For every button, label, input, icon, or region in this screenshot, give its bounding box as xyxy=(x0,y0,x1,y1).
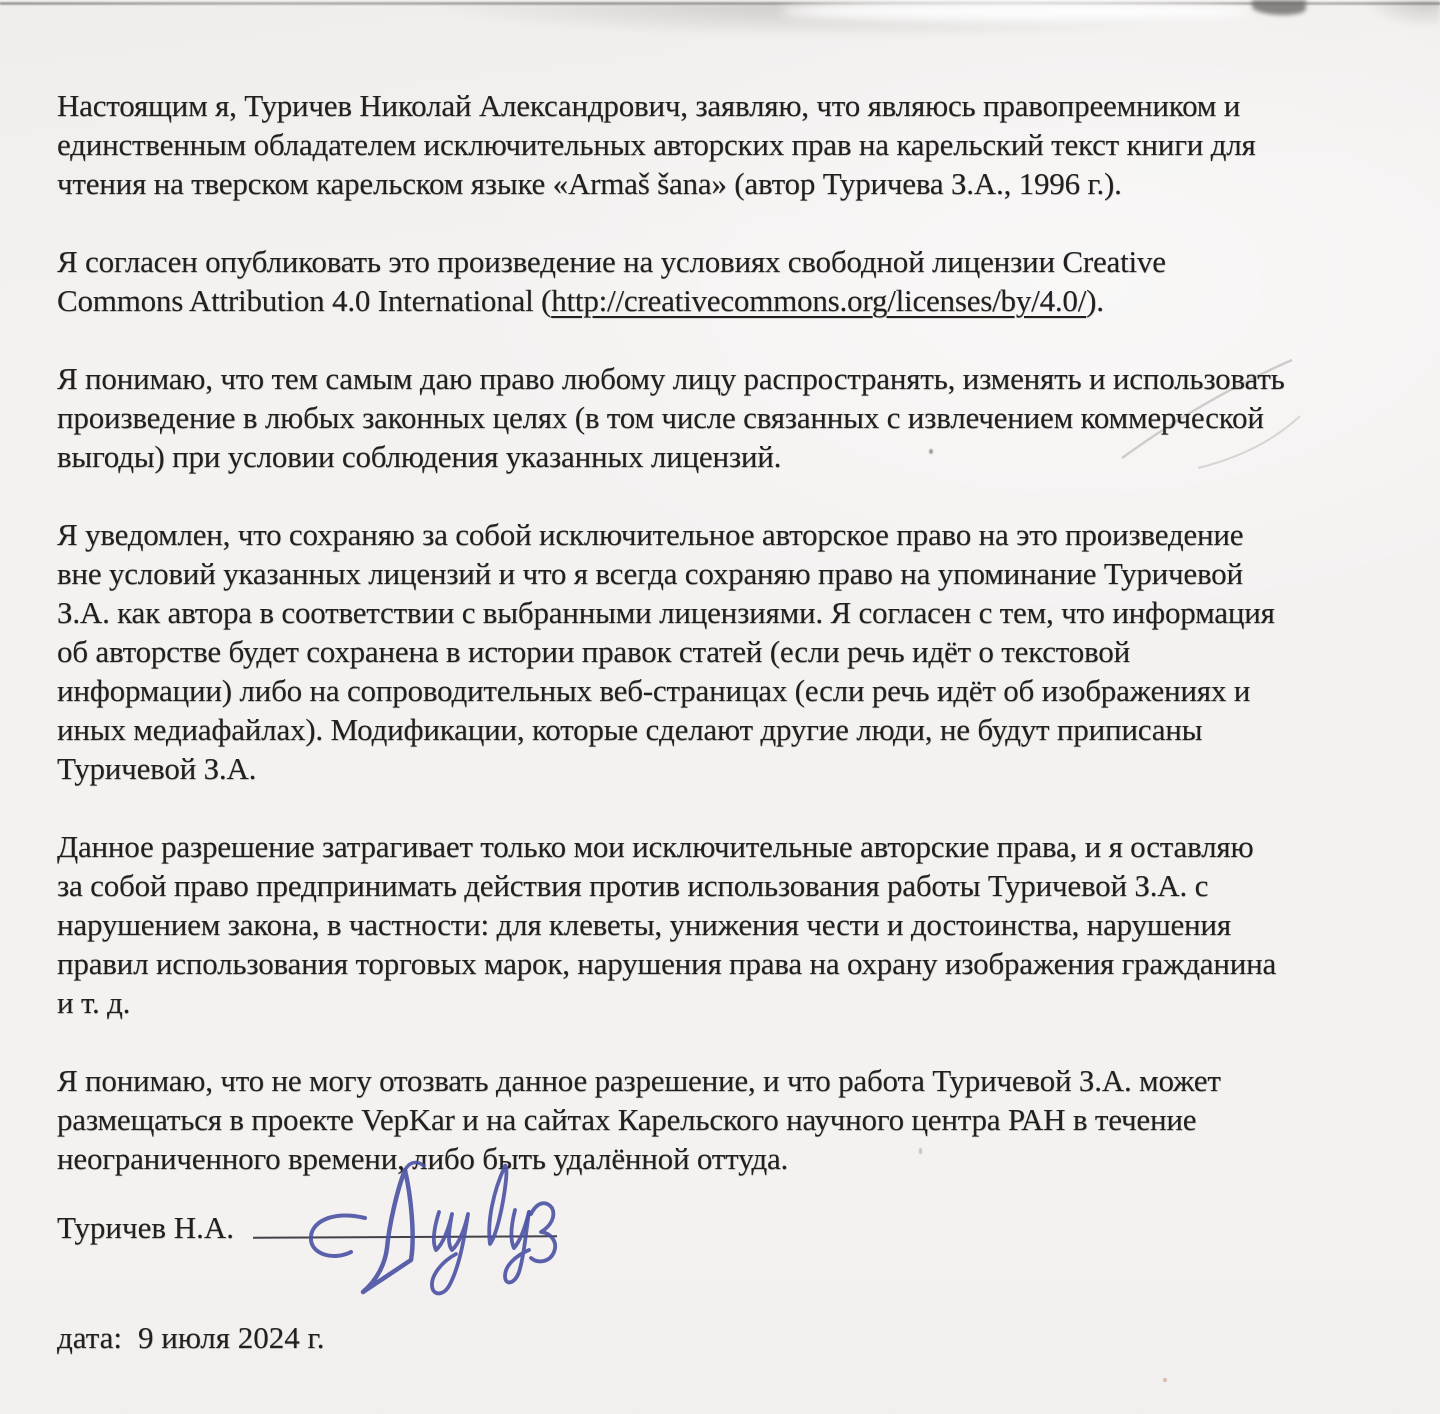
scan-smudge-right xyxy=(1368,0,1440,26)
scan-corner-mark xyxy=(1252,0,1306,15)
license-text-suffix: ). xyxy=(1086,283,1104,318)
signatory-name: Туричев Н.А. xyxy=(57,1208,234,1247)
para-usage-rights: Я понимаю, что тем самым даю право любом… xyxy=(57,359,1429,476)
para-successor-declaration: Настоящим я, Туричев Николай Александров… xyxy=(57,86,1429,203)
date-value: 9 июля 2024 г. xyxy=(138,1320,324,1355)
para-irrevocability: Я понимаю, что не могу отозвать данное р… xyxy=(57,1061,1429,1178)
date-row: дата:9 июля 2024 г. xyxy=(57,1318,324,1357)
document-body: Настоящим я, Туричев Николай Александров… xyxy=(57,86,1429,1217)
paper-speck xyxy=(1163,1378,1167,1382)
para-scope-limitation: Данное разрешение затрагивает только мои… xyxy=(57,827,1429,1022)
signature-line xyxy=(253,1235,557,1239)
scan-white-patch xyxy=(780,0,1250,22)
para-retained-rights: Я уведомлен, что сохраняю за собой исклю… xyxy=(57,515,1429,788)
para-license-grant: Я согласен опубликовать это произведение… xyxy=(57,242,1429,320)
license-url: http://creativecommons.org/licenses/by/4… xyxy=(551,283,1086,318)
scanned-document-page: Настоящим я, Туричев Николай Александров… xyxy=(0,0,1440,1414)
date-label: дата: xyxy=(57,1320,122,1355)
